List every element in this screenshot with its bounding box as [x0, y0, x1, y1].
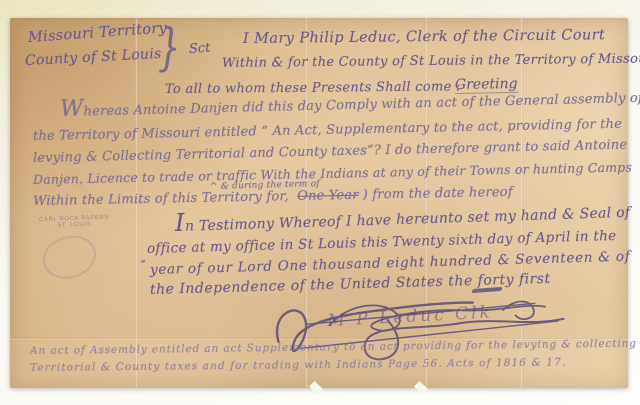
term-pre-text: Within the Limits of this Territory for,	[33, 189, 289, 209]
jurisdiction-abbrev: Sct	[188, 41, 210, 57]
header-territory: Missouri Territory	[27, 20, 167, 46]
jurisdiction-line: Within & for the County of St Louis in t…	[222, 51, 640, 71]
header-bracket: }	[158, 18, 180, 77]
scan-background: Missouri Territory County of St Louis } …	[0, 0, 640, 405]
greeting-word: Greeting	[455, 76, 518, 94]
collection-stamp: CARL ROCK PAPERS ST. LOUIS	[29, 214, 121, 279]
stamp-oval-mark	[38, 230, 101, 285]
ditto-mark: “	[140, 258, 146, 271]
salutation-line: To all to whom these Presents Shall come…	[165, 79, 461, 97]
term-post-text: ) from the date hereof	[363, 185, 513, 203]
clerk-intro-line: I Mary Philip Leduc, Clerk of the Circui…	[243, 27, 605, 47]
term-struck-text: One Year	[297, 188, 359, 204]
header-county: County of St Louis	[25, 46, 162, 69]
document-paper: Missouri Territory County of St Louis } …	[10, 18, 628, 388]
